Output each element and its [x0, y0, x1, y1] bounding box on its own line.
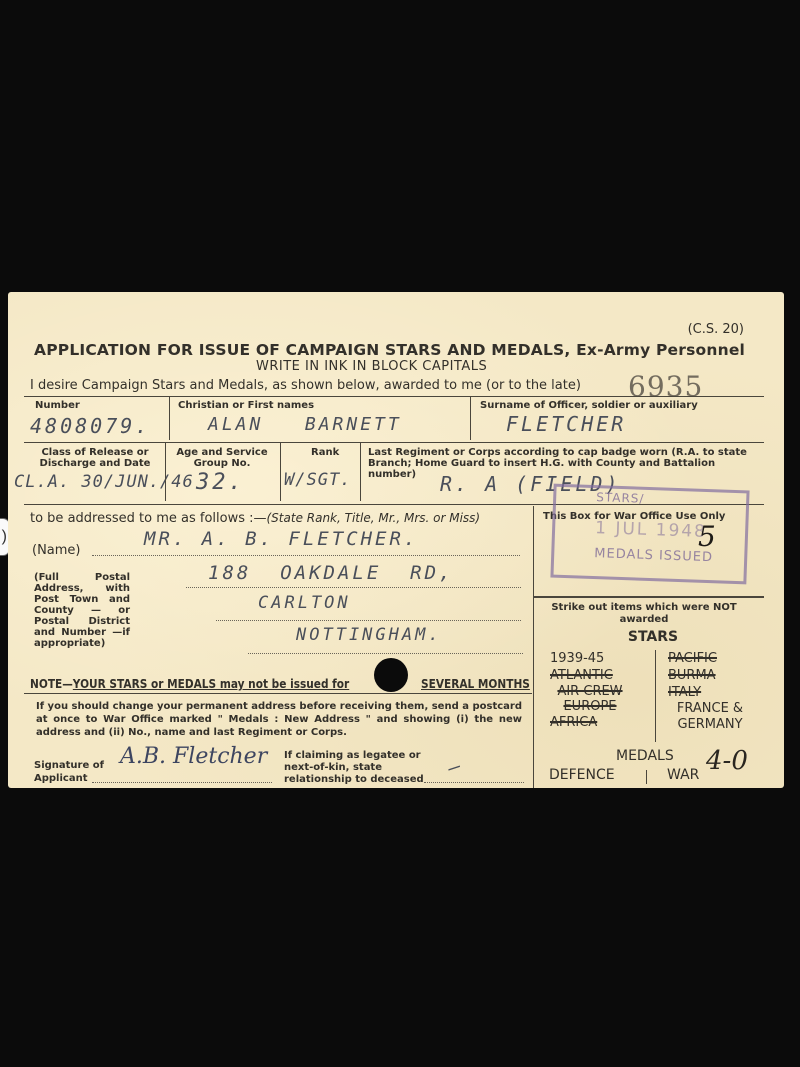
address-line-rule: [248, 653, 523, 654]
star-france-germany[interactable]: FRANCE & GERMANY: [664, 701, 756, 733]
note-prefix: NOTE—: [30, 677, 73, 691]
medal-defence[interactable]: DEFENCE: [549, 767, 615, 783]
star-burma[interactable]: BURMA: [668, 667, 756, 684]
divider: [24, 693, 532, 694]
address-line-2[interactable]: CARLTON: [258, 593, 351, 613]
medals-heading: MEDALS: [616, 748, 674, 764]
release-field[interactable]: CL.A. 30/JUN./46: [14, 472, 194, 492]
stars-heading: STARS: [540, 629, 766, 645]
divider: [470, 397, 471, 440]
divider: [534, 596, 764, 598]
first-names-label: Christian or First names: [178, 400, 314, 411]
stamp-date: 1 JUL 1948: [595, 518, 707, 542]
surname-field[interactable]: FLETCHER: [506, 412, 626, 436]
release-label: Class of Release or Discharge and Date: [30, 447, 160, 469]
address-line-rule: [186, 587, 521, 588]
signature-field[interactable]: A.B. Fletcher: [120, 744, 267, 769]
stamp-number: 6935: [628, 370, 703, 403]
note-several-months: SEVERAL MONTHS: [421, 677, 530, 691]
divider: [24, 442, 764, 443]
divider: [533, 506, 534, 788]
surname-label: Surname of Officer, soldier or auxiliary: [480, 400, 698, 411]
chevron-icon: ): [2, 528, 7, 546]
form-subtitle: WRITE IN INK IN BLOCK CAPITALS: [256, 359, 487, 374]
stars-left-list: 1939-45 ATLANTIC AIR-CREW EUROPE AFRICA: [550, 650, 630, 731]
intro-text: I desire Campaign Stars and Medals, as s…: [30, 378, 581, 393]
medal-war[interactable]: WAR: [667, 767, 699, 783]
star-italy[interactable]: ITALY: [668, 684, 756, 701]
punch-hole: [374, 658, 408, 692]
form-code: (C.S. 20): [688, 322, 744, 337]
address-intro: to be addressed to me as follows :—(Stat…: [30, 511, 480, 526]
stars-right-list: PACIFIC BURMA ITALY FRANCE & GERMANY: [668, 650, 756, 733]
divider: [280, 443, 281, 501]
divider: [169, 397, 170, 440]
number-field[interactable]: 4808079.: [30, 414, 150, 438]
address-line-1[interactable]: 188 OAKDALE RD,: [208, 562, 453, 584]
divider: [360, 443, 361, 501]
rank-label: Rank: [311, 447, 339, 458]
medals-handwritten-count: 4-0: [706, 746, 748, 776]
star-atlantic[interactable]: ATLANTIC: [550, 667, 630, 684]
address-intro-text: to be addressed to me as follows :—: [30, 511, 267, 526]
note-body: If you should change your permanent addr…: [36, 700, 522, 739]
divider: [655, 650, 656, 742]
divider: [24, 396, 764, 397]
stamp-line3: MEDALS ISSUED: [594, 546, 713, 565]
awards-instruction: Strike out items which were NOT awarded: [540, 602, 748, 626]
name-line: [92, 555, 520, 556]
stamp-line1: STARS/: [596, 490, 645, 506]
star-1939-45[interactable]: 1939-45: [550, 650, 630, 667]
postal-label: (Full Postal Address, with Post Town and…: [34, 572, 130, 649]
first-names-field[interactable]: ALAN BARNETT: [208, 414, 402, 435]
war-office-number: 5: [698, 520, 716, 553]
address-line-rule: [216, 620, 521, 621]
star-air-crew-europe[interactable]: AIR-CREW EUROPE: [550, 684, 630, 714]
rank-field[interactable]: W/SGT.: [284, 470, 351, 490]
number-label: Number: [35, 400, 80, 411]
address-line-3[interactable]: NOTTINGHAM.: [296, 625, 442, 645]
name-label: (Name): [32, 543, 81, 558]
medals-issued-stamp: STARS/ 1 JUL 1948 MEDALS ISSUED: [550, 484, 749, 585]
address-intro-hint: (State Rank, Title, Mr., Mrs. or Miss): [267, 511, 481, 525]
legatee-line: [424, 782, 524, 783]
divider: [646, 770, 647, 784]
star-pacific[interactable]: PACIFIC: [668, 650, 756, 667]
name-field[interactable]: MR. A. B. FLETCHER.: [144, 528, 418, 550]
star-africa[interactable]: AFRICA: [550, 714, 630, 731]
age-group-label: Age and Service Group No.: [172, 447, 272, 469]
age-group-field[interactable]: 32.: [196, 470, 245, 495]
divider: [165, 443, 166, 501]
note-warning: YOUR STARS or MEDALS may not be issued f…: [73, 677, 349, 691]
medal-application-card: (C.S. 20) APPLICATION FOR ISSUE OF CAMPA…: [8, 292, 784, 788]
legatee-field[interactable]: —: [445, 752, 467, 779]
signature-line: [92, 782, 272, 783]
legatee-label: If claiming as legatee or next-of-kin, s…: [284, 750, 426, 786]
form-title: APPLICATION FOR ISSUE OF CAMPAIGN STARS …: [34, 341, 745, 359]
note-line: NOTE—YOUR STARS or MEDALS may not be iss…: [30, 677, 349, 691]
